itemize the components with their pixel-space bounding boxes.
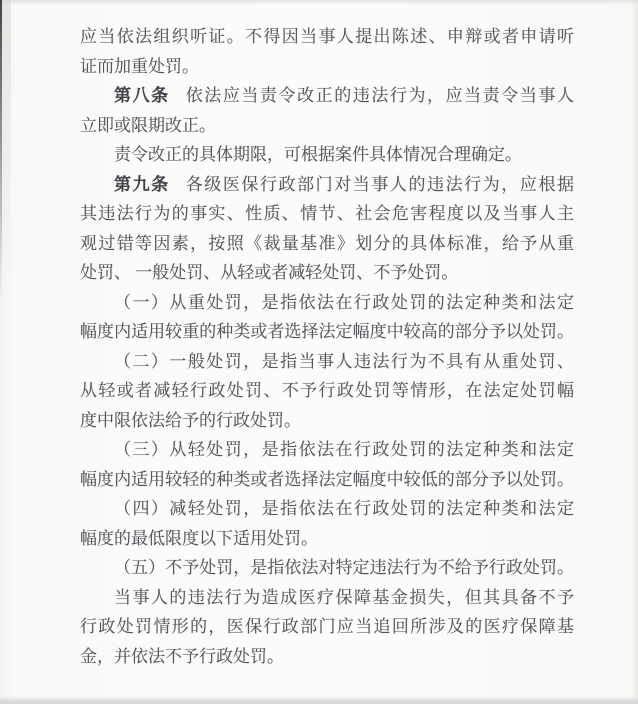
line-text: 立即或限期改正。 xyxy=(80,116,216,135)
line-text: 从轻或者减轻行政处罚、不予行政处罚等情形，在法定处罚幅 xyxy=(80,381,574,400)
text-line: 处罚、 一般处罚、从轻或者减轻处罚、不予处罚。 xyxy=(80,258,574,288)
text-line: 当事人的违法行为造成医疗保障基金损失，但其具备不予 xyxy=(80,583,574,613)
line-text: 其违法行为的事实、性质、情节、社会危害程度以及当事人主 xyxy=(80,204,574,223)
line-text: 当事人的违法行为造成医疗保障基金损失，但其具备不予 xyxy=(114,588,574,607)
line-text: （一）从重处罚，是指依法在行政处罚的法定种类和法定 xyxy=(114,293,574,312)
text-line: 度中限依法给予的行政处罚。 xyxy=(80,406,574,436)
scan-edge-right-shadow xyxy=(631,0,638,704)
line-text: 幅度内适用较轻的种类或者选择法定幅度中较低的部分予以处罚。 xyxy=(80,470,574,489)
text-line: 证而加重处罚。 xyxy=(80,52,574,82)
text-line: 幅度内适用较重的种类或者选择法定幅度中较高的部分予以处罚。 xyxy=(80,317,574,347)
line-text: 依法应当责令改正的违法行为，应当责令当事人 xyxy=(186,86,574,105)
article-number: 第八条 xyxy=(114,86,170,105)
line-text: 证而加重处罚。 xyxy=(80,57,199,76)
text-line: 第九条各级医保行政部门对当事人的违法行为，应根据 xyxy=(80,170,574,200)
line-text: 幅度的最低限度以下适用处罚。 xyxy=(80,529,318,548)
scan-edge-top xyxy=(0,0,638,5)
text-line: （四）减轻处罚，是指依法在行政处罚的法定种类和法定 xyxy=(80,494,574,524)
line-text: 各级医保行政部门对当事人的违法行为，应根据 xyxy=(186,175,574,194)
line-text: 度中限依法给予的行政处罚。 xyxy=(80,411,301,430)
text-line: 幅度的最低限度以下适用处罚。 xyxy=(80,524,574,554)
scan-edge-bottom xyxy=(0,696,638,704)
text-line: 金，并依法不予行政处罚。 xyxy=(80,642,574,672)
line-text: （五）不予处罚，是指依法对特定违法行为不给予行政处罚。 xyxy=(114,558,574,577)
line-text: 观过错等因素，按照《裁量基准》划分的具体标准，给予从重 xyxy=(80,234,574,253)
text-line: 立即或限期改正。 xyxy=(80,111,574,141)
line-text: 金，并依法不予行政处罚。 xyxy=(80,647,284,666)
scan-edge-left-shadow xyxy=(2,0,11,280)
line-text: （三）从轻处罚，是指依法在行政处罚的法定种类和法定 xyxy=(114,440,574,459)
line-text: （四）减轻处罚，是指依法在行政处罚的法定种类和法定 xyxy=(114,499,574,518)
text-line: 责令改正的具体期限，可根据案件具体情况合理确定。 xyxy=(80,140,574,170)
line-text: 幅度内适用较重的种类或者选择法定幅度中较高的部分予以处罚。 xyxy=(80,322,574,341)
text-line: 幅度内适用较轻的种类或者选择法定幅度中较低的部分予以处罚。 xyxy=(80,465,574,495)
text-line: 第八条依法应当责令改正的违法行为，应当责令当事人 xyxy=(80,81,574,111)
article-number: 第九条 xyxy=(114,175,170,194)
text-line: （一）从重处罚，是指依法在行政处罚的法定种类和法定 xyxy=(80,288,574,318)
text-line: 其违法行为的事实、性质、情节、社会危害程度以及当事人主 xyxy=(80,199,574,229)
line-text: 行政处罚情形的，医保行政部门应当追回所涉及的医疗保障基 xyxy=(80,617,574,636)
scanned-page: 应当依法组织听证。不得因当事人提出陈述、申辩或者申请听证而加重处罚。第八条依法应… xyxy=(0,0,638,704)
document-body: 应当依法组织听证。不得因当事人提出陈述、申辩或者申请听证而加重处罚。第八条依法应… xyxy=(80,22,574,671)
line-text: 处罚、 一般处罚、从轻或者减轻处罚、不予处罚。 xyxy=(80,263,458,282)
text-line: 观过错等因素，按照《裁量基准》划分的具体标准，给予从重 xyxy=(80,229,574,259)
text-line: （三）从轻处罚，是指依法在行政处罚的法定种类和法定 xyxy=(80,435,574,465)
line-text: （二）一般处罚，是指当事人违法行为不具有从重处罚、 xyxy=(114,352,574,371)
line-text: 责令改正的具体期限，可根据案件具体情况合理确定。 xyxy=(114,145,522,164)
text-line: 从轻或者减轻行政处罚、不予行政处罚等情形，在法定处罚幅 xyxy=(80,376,574,406)
text-line: 行政处罚情形的，医保行政部门应当追回所涉及的医疗保障基 xyxy=(80,612,574,642)
line-text: 应当依法组织听证。不得因当事人提出陈述、申辩或者申请听 xyxy=(80,27,574,46)
text-line: 应当依法组织听证。不得因当事人提出陈述、申辩或者申请听 xyxy=(80,22,574,52)
text-line: （五）不予处罚，是指依法对特定违法行为不给予行政处罚。 xyxy=(80,553,574,583)
text-line: （二）一般处罚，是指当事人违法行为不具有从重处罚、 xyxy=(80,347,574,377)
